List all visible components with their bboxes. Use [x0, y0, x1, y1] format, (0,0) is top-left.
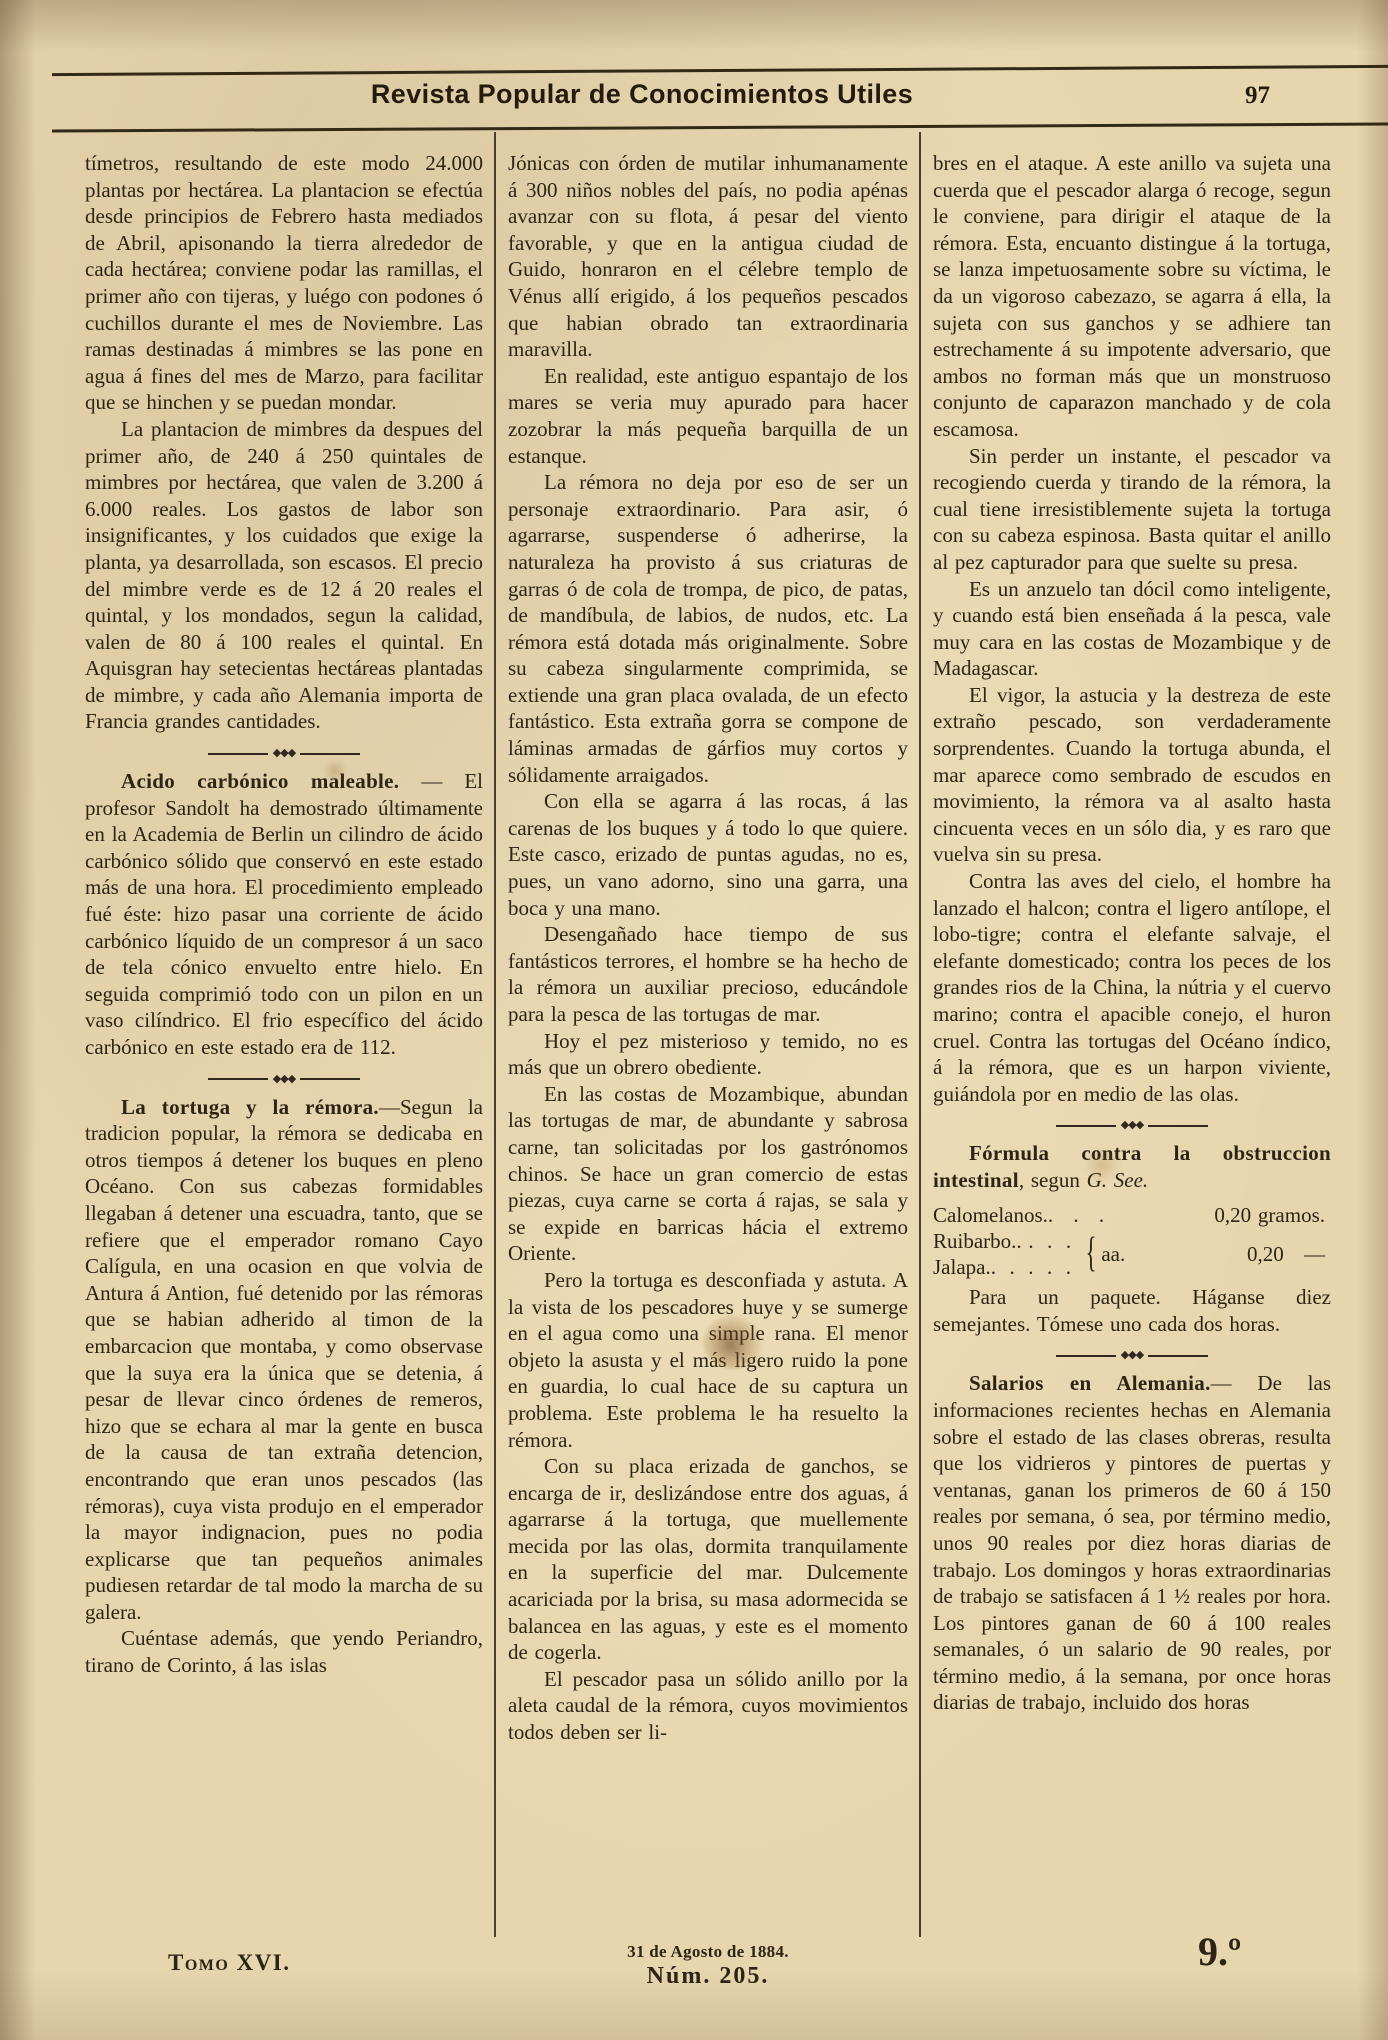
header-top-rule	[52, 65, 1388, 76]
group-abbreviation: aa.	[1101, 1241, 1125, 1268]
separator-line	[208, 753, 268, 755]
paragraph-text: — De las informaciones recientes hechas …	[933, 1371, 1331, 1714]
ingredient-stack: Ruibarbo.. . . . Jalapa.. . . . .	[933, 1228, 1071, 1280]
page-number: 97	[1245, 82, 1270, 110]
separator-line	[1056, 1125, 1116, 1127]
footer-signature-mark: 9.º	[1198, 1928, 1241, 1975]
footer-volume: Tomo XVI.	[168, 1950, 291, 1976]
paragraph: El pescador pasa un sólido anillo por la…	[508, 1666, 908, 1746]
paragraph: Hoy el pez misterioso y temido, no es má…	[508, 1028, 908, 1081]
article-heading: La tortuga y la rémora.	[121, 1095, 379, 1119]
paragraph: Desengañado hace tiempo de sus fantástic…	[508, 921, 908, 1027]
paragraph-text: — El profesor Sandolt ha demostrado últi…	[85, 769, 483, 1059]
diamond-ornament-icon: ◆◆◆	[1116, 1120, 1148, 1131]
magazine-page-scan: Revista Popular de Conocimientos Utiles …	[0, 0, 1388, 2040]
ingredient-label: Ruibarbo.. . . .	[933, 1228, 1071, 1254]
ingredient-label: Calomelanos.. . .	[933, 1202, 1104, 1229]
separator-line	[300, 1078, 360, 1080]
footer-date: 31 de Agosto de 1884.	[508, 1942, 908, 1962]
paragraph: Jónicas con órden de mutilar inhumanamen…	[508, 150, 908, 363]
prescription-table: Calomelanos.. . . 0,20 gramos. Ruibarbo.…	[933, 1202, 1331, 1281]
paragraph: La rémora no deja por eso de ser un pers…	[508, 469, 908, 788]
ingredient-label: Jalapa.. . . . .	[933, 1254, 1071, 1280]
paragraph: Acido carbónico maleable. — El profesor …	[85, 768, 483, 1061]
footer-number: Núm. 205.	[508, 1963, 908, 1990]
article-heading: Salarios en Alemania.	[969, 1371, 1211, 1395]
paragraph: Salarios en Alemania.— De las informacio…	[933, 1370, 1331, 1716]
section-separator: ◆◆◆	[1047, 1350, 1217, 1361]
section-separator: ◆◆◆	[199, 748, 369, 759]
separator-line	[300, 753, 360, 755]
ingredient-dose: 0,20 gramos.	[1214, 1202, 1331, 1229]
section-separator: ◆◆◆	[1047, 1120, 1217, 1131]
paragraph: Con ella se agarra á las rocas, á las ca…	[508, 788, 908, 921]
section-separator: ◆◆◆	[199, 1074, 369, 1085]
paragraph: Sin perder un instante, el pescador va r…	[933, 443, 1331, 576]
paragraph: tímetros, resultando de este modo 24.000…	[85, 150, 483, 416]
paragraph-text: —Segun la tradicion popular, la rémora s…	[85, 1095, 483, 1624]
diamond-ornament-icon: ◆◆◆	[268, 1074, 300, 1085]
column-2: Jónicas con órden de mutilar inhumanamen…	[508, 150, 908, 1950]
brace-glyph: {	[1086, 1235, 1097, 1273]
paragraph: Para un paquete. Háganse diez semejantes…	[933, 1284, 1331, 1337]
column-divider-2	[919, 132, 921, 1937]
separator-line	[208, 1078, 268, 1080]
header-bottom-rule	[52, 123, 1388, 133]
prescription-row: Calomelanos.. . . 0,20 gramos.	[933, 1202, 1331, 1229]
ingredient-dose: 0,20 —	[1247, 1241, 1331, 1268]
paragraph: bres en el ataque. A este anillo va suje…	[933, 150, 1331, 443]
prescription-heading: Fórmula contra la obstruccion intestinal…	[933, 1140, 1331, 1193]
footer-issue-info: 31 de Agosto de 1884. Núm. 205.	[508, 1942, 908, 1990]
paragraph: Contra las aves del cielo, el hombre ha …	[933, 868, 1331, 1107]
diamond-ornament-icon: ◆◆◆	[268, 748, 300, 759]
heading-text: , segun	[1019, 1168, 1087, 1192]
prescription-row-group: Ruibarbo.. . . . Jalapa.. . . . . { aa. …	[933, 1228, 1331, 1280]
separator-line	[1056, 1355, 1116, 1357]
page-title: Revista Popular de Conocimientos Utiles	[0, 79, 1336, 110]
paragraph: Pero la tortuga es desconfiada y astuta.…	[508, 1267, 908, 1453]
paragraph: Es un anzuelo tan dócil como inteligente…	[933, 576, 1331, 682]
column-divider-1	[494, 132, 496, 1937]
column-1: tímetros, resultando de este modo 24.000…	[85, 150, 483, 1950]
paragraph: El vigor, la astucia y la destreza de es…	[933, 682, 1331, 868]
column-3: bres en el ataque. A este anillo va suje…	[933, 150, 1331, 1950]
paragraph: La plantacion de mimbres da despues del …	[85, 416, 483, 735]
separator-line	[1148, 1125, 1208, 1127]
paragraph: Cuéntase además, que yendo Periandro, ti…	[85, 1625, 483, 1678]
article-heading: Acido carbónico maleable.	[121, 769, 399, 793]
paragraph: Con su placa erizada de ganchos, se enca…	[508, 1453, 908, 1666]
paragraph: En las costas de Mozambique, abundan las…	[508, 1081, 908, 1267]
author-name: G. See.	[1087, 1168, 1149, 1192]
separator-line	[1148, 1355, 1208, 1357]
diamond-ornament-icon: ◆◆◆	[1116, 1350, 1148, 1361]
paragraph: La tortuga y la rémora.—Segun la tradici…	[85, 1094, 483, 1626]
paragraph: En realidad, este antiguo espantajo de l…	[508, 363, 908, 469]
